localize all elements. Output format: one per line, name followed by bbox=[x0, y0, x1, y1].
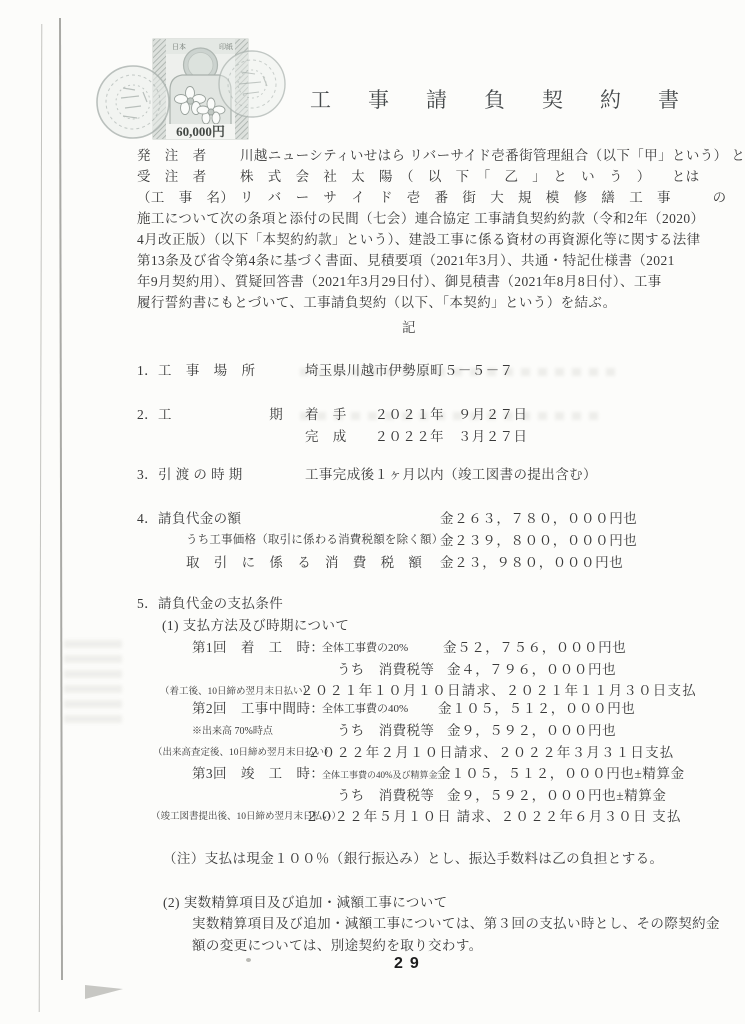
payment1-tax-amount: 金４，７９６，０００円也 bbox=[447, 662, 616, 678]
stamp-inshi-label: 印紙 bbox=[219, 42, 233, 51]
section2-body-line: 額の変更については、別途契約を取り交わす。 bbox=[192, 938, 483, 954]
page-corner-shadow bbox=[85, 985, 123, 999]
payment1-condition: 全体工事費の20% bbox=[322, 642, 408, 655]
party-contractor-label: 受 注 者 bbox=[137, 169, 207, 185]
item2-label: 2．工 期 bbox=[137, 407, 283, 423]
party-owner-label: 発 注 者 bbox=[137, 148, 207, 164]
preamble-line: 4月改正版）（以下「本契約約款」という）、建設工事に係る資材の再資源化等に関する… bbox=[137, 232, 701, 248]
project-name-value: リ バ ー サ イ ド 壱 番 街 大 規 模 修 繕 工 事 の bbox=[240, 190, 727, 206]
item3-handover-value: 工事完成後１ヶ月以内（竣工図書の提出含む） bbox=[305, 467, 597, 483]
item5-section1-heading: (1) 支払方法及び時期について bbox=[162, 618, 349, 634]
stamp-country-label: 日本 bbox=[172, 42, 186, 51]
preamble-line: 履行誓約書にもとづいて、工事請負契約（以下、「本契約」という）を結ぶ。 bbox=[137, 295, 616, 311]
payment2-tax-amount: 金９，５９２，０００円也 bbox=[447, 723, 616, 739]
cash-payment-note: （注）支払は現金１００％（銀行振込み）とし、振込手数料は乙の負担とする。 bbox=[163, 851, 663, 867]
payment3-amount: 金１０５，５１２，０００円也±精算金 bbox=[437, 766, 685, 782]
item2-end-date: 完 成 ２０２２年 ３月２７日 bbox=[305, 429, 527, 445]
ki-marker: 記 bbox=[402, 320, 417, 336]
revenue-stamp-icon: 日本 印紙 bbox=[95, 36, 290, 150]
item1-label: 1．工 事 場 所 bbox=[137, 363, 255, 379]
payment3-stage: 第3回 竣 工 時： bbox=[192, 766, 324, 782]
project-name-label: （工 事 名） bbox=[137, 190, 234, 206]
scan-edge-line-outer bbox=[39, 24, 43, 1012]
payment2-condition: 全体工事費の40% bbox=[322, 703, 408, 716]
payment1-schedule: ２０２１年１０月１０日請求、２０２１年１１月３０日支払 bbox=[300, 683, 697, 699]
party-owner-value: 川越ニューシティいせはら リバーサイド壱番街管理組合（以下「甲」という） と bbox=[240, 148, 745, 164]
preamble-line: 年9月契約用）、質疑回答書（2021年3月29日付）、御見積書（2021年8月8… bbox=[137, 274, 662, 290]
page-number: 29 bbox=[394, 954, 426, 973]
payment1-note: （着工後、10日締め翌月末日払い） bbox=[160, 687, 312, 698]
payment2-schedule: ２０２２年２月１０日請求、２０２２年３月３１日支払 bbox=[307, 745, 675, 761]
section2-body-line: 実数精算項目及び追加・減額工事については、第３回の支払い時とし、その際契約金 bbox=[192, 916, 720, 932]
cancel-seal-right-icon bbox=[219, 51, 285, 117]
item4-tax-amount: 金２３，９８０，０００円也 bbox=[440, 555, 623, 571]
item4-tax-label: 取 引 に 係 る 消 費 税 額 bbox=[186, 555, 422, 571]
scan-edge-line-inner bbox=[59, 18, 63, 980]
stamp-denomination: 60,000円 bbox=[176, 124, 225, 139]
payment3-schedule: ２０２２年５月１０日 請求、２０２２年６月３０日 支払 bbox=[305, 809, 682, 825]
document-title: 工 事 請 負 契 約 書 bbox=[310, 88, 687, 113]
payment1-amount: 金５２，７５６，０００円也 bbox=[443, 640, 626, 656]
payment2-stage: 第2回 工事中間時： bbox=[192, 701, 324, 717]
scanned-contract-page: 日本 印紙 bbox=[0, 0, 745, 1024]
payment3-tax-amount: 金９，５９２，０００円也±精算金 bbox=[447, 788, 667, 804]
payment1-stage: 第1回 着 工 時： bbox=[192, 640, 324, 656]
item5-section2-heading: (2) 実数精算項目及び追加・減額工事について bbox=[163, 895, 448, 911]
item4-works-price-amount: 金２３９，８００，０００円也 bbox=[440, 533, 637, 549]
payment2-tax-label: うち 消費税等 bbox=[337, 723, 434, 739]
item4-total-amount: 金２６３，７８０，０００円也 bbox=[440, 511, 637, 527]
item1-site-address: 埼玉県川越市伊勢原町５－５－７ bbox=[305, 363, 514, 379]
payment1-tax-label: うち 消費税等 bbox=[337, 662, 434, 678]
cancel-seal-left-icon bbox=[97, 66, 169, 138]
scan-speck bbox=[246, 958, 251, 962]
payment3-condition: 全体工事費の40%及び精算金 bbox=[322, 770, 438, 781]
item3-label: 3．引 渡 の 時 期 bbox=[137, 467, 243, 483]
bleed-through-ghost bbox=[64, 640, 122, 725]
item4-works-price-label: うち工事価格（取引に係わる消費税額を除く額） bbox=[186, 534, 443, 548]
item4-label: 4．請負代金の額 bbox=[137, 511, 241, 527]
item5-label: 5．請負代金の支払条件 bbox=[137, 596, 283, 612]
preamble-line: 施工について次の条項と添付の民間（七会）連合協定 工事請負契約約款（令和2年（2… bbox=[137, 211, 704, 227]
payment3-tax-label: うち 消費税等 bbox=[337, 788, 434, 804]
preamble-line: 第13条及び省令第4条に基づく書面、見積要項（2021年3月）、共通・特記仕様書… bbox=[137, 253, 675, 269]
item2-start-date: 着 手 ２０２１年 ９月２７日 bbox=[305, 407, 527, 423]
payment2-amount: 金１０５，５１２，０００円也 bbox=[438, 701, 635, 717]
payment2-progress-note: ※出来高 70%時点 bbox=[192, 726, 273, 738]
party-contractor-value: 株 式 会 社 太 陽 （ 以 下 「 乙 」 と い う ） とは bbox=[240, 169, 700, 185]
